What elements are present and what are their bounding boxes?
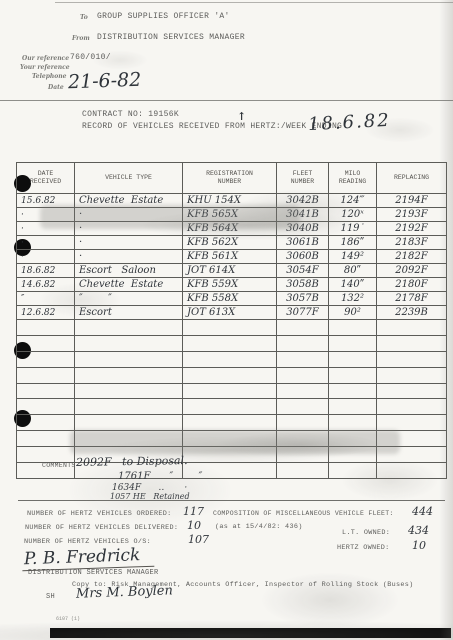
cell-registration-number: KFB 565X xyxy=(183,208,277,221)
cell-registration-number: KFB 564X xyxy=(183,222,277,235)
cell-replacing: 2193F xyxy=(377,208,446,221)
cell-replacing-empty xyxy=(377,431,446,446)
cell-vehicle-type: · xyxy=(75,222,183,235)
cell-fleet-number: 3057B xyxy=(277,292,329,305)
table-empty-row xyxy=(17,320,446,336)
table-empty-row xyxy=(17,352,446,368)
header-vehicle-type: VEHICLE TYPE xyxy=(75,163,183,193)
table-empty-row xyxy=(17,399,446,415)
cell-fleet-number: 3061B xyxy=(277,236,329,249)
cell-date-received: ″ xyxy=(17,292,75,305)
cell-replacing-empty xyxy=(377,368,446,383)
comments-line-1: 2092F to Disposal. xyxy=(76,454,188,469)
cell-fleet-number: 3058B xyxy=(277,278,329,291)
cell-registration-number-empty xyxy=(183,336,277,351)
cell-registration-number: KFB 562X xyxy=(183,236,277,249)
cell-replacing-empty xyxy=(377,463,446,478)
table-row: 12.6.82EscortJOT 613X3077F90²2239B xyxy=(17,306,446,320)
cell-registration-number: KFB 561X xyxy=(183,250,277,263)
week-ending-handwritten: 18.6.82 xyxy=(308,110,392,135)
cell-registration-number: JOT 614X xyxy=(183,264,277,277)
letterhead-divider xyxy=(0,100,453,101)
hertz-owned-value: 10 xyxy=(412,539,426,552)
header-milo-reading: MILO READING xyxy=(329,163,377,193)
cell-registration-number-empty xyxy=(183,431,277,446)
date-handwritten: 21-6-82 xyxy=(68,69,142,94)
table-row: ··KFB 562X3061B186ʺ2183F xyxy=(17,236,446,250)
table-empty-row xyxy=(17,368,446,384)
cell-replacing-empty xyxy=(377,399,446,414)
header-registration-number: REGISTRATION NUMBER xyxy=(183,163,277,193)
table-body: 15.6.82Chevette EstateKHU 154X3042B124‴2… xyxy=(17,194,446,478)
cell-fleet-number-empty xyxy=(277,368,329,383)
cell-vehicle-type-empty xyxy=(75,336,183,351)
cell-registration-number: KFB 559X xyxy=(183,278,277,291)
lt-owned-value: 434 xyxy=(408,524,429,537)
cell-replacing-empty xyxy=(377,384,446,399)
table-row: ··KFB 561X3060B149²2182F xyxy=(17,250,446,264)
table-row: 14.6.82Chevette EstateKFB 559X3058B140ʺ2… xyxy=(17,278,446,292)
cell-milo-reading: 119˙ xyxy=(329,222,377,235)
table-empty-row xyxy=(17,336,446,352)
cell-replacing: 2182F xyxy=(377,250,446,263)
cell-registration-number: KFB 558X xyxy=(183,292,277,305)
cell-vehicle-type-empty xyxy=(75,415,183,430)
cell-replacing: 2092F xyxy=(377,264,446,277)
signature: P. B. Fredrick xyxy=(22,545,155,572)
scan-bottom-bar xyxy=(50,628,451,638)
cell-fleet-number: 3060B xyxy=(277,250,329,263)
table-header-row: DATE RECEIVED VEHICLE TYPE REGISTRATION … xyxy=(17,163,446,194)
cell-vehicle-type-empty xyxy=(75,352,183,367)
cell-milo-reading: 120ˣ xyxy=(329,208,377,221)
cell-vehicle-type: Chevette Estate xyxy=(75,278,183,291)
comments-label: COMMENTS xyxy=(42,462,76,469)
to-value: GROUP SUPPLIES OFFICER 'A' xyxy=(97,12,230,21)
contract-number-line: CONTRACT NO: 19156K xyxy=(82,110,179,119)
form-number: 6107 (1) xyxy=(56,616,80,622)
cell-registration-number: KHU 154X xyxy=(183,194,277,207)
cell-replacing: 2183F xyxy=(377,236,446,249)
cell-date-received: · xyxy=(17,236,75,249)
cell-milo-reading: 80ʺ xyxy=(329,264,377,277)
cell-date-received-empty xyxy=(17,415,75,430)
cell-milo-reading: 149² xyxy=(329,250,377,263)
cell-fleet-number-empty xyxy=(277,431,329,446)
cell-milo-reading: 140ʺ xyxy=(329,278,377,291)
composition-label: COMPOSITION OF MISCELLANEOUS VEHICLE FLE… xyxy=(213,510,394,517)
your-reference-label: Your reference xyxy=(20,64,70,71)
cell-fleet-number-empty xyxy=(277,447,329,462)
cell-fleet-number-empty xyxy=(277,352,329,367)
cell-vehicle-type: Escort xyxy=(75,306,183,319)
comments-divider xyxy=(18,500,445,501)
cell-replacing: 2178F xyxy=(377,292,446,305)
manager-title: DISTRIBUTION SERVICES MANAGER xyxy=(28,569,159,577)
cell-replacing-empty xyxy=(377,352,446,367)
table-row: 15.6.82Chevette EstateKHU 154X3042B124‴2… xyxy=(17,194,446,208)
cell-milo-reading-empty xyxy=(329,320,377,335)
table-row: 18.6.82Escort SaloonJOT 614X3054F80ʺ2092… xyxy=(17,264,446,278)
cell-date-received-empty xyxy=(17,431,75,446)
cell-registration-number-empty xyxy=(183,384,277,399)
cell-fleet-number-empty xyxy=(277,463,329,478)
cell-vehicle-type: · xyxy=(75,250,183,263)
cell-vehicle-type: Chevette Estate xyxy=(75,194,183,207)
cell-vehicle-type: · xyxy=(75,208,183,221)
cell-replacing: 2194F xyxy=(377,194,446,207)
cell-fleet-number: 3041B xyxy=(277,208,329,221)
scan-top-edge xyxy=(55,2,453,3)
cell-registration-number-empty xyxy=(183,368,277,383)
cell-date-received-empty xyxy=(17,384,75,399)
cell-vehicle-type-empty xyxy=(75,431,183,446)
header-replacing: REPLACING xyxy=(377,163,446,193)
cell-date-received: · xyxy=(17,208,75,221)
cell-milo-reading-empty xyxy=(329,399,377,414)
ordered-label: NUMBER OF HERTZ VEHICLES ORDERED: xyxy=(27,510,172,518)
cell-fleet-number-empty xyxy=(277,384,329,399)
cell-vehicle-type-empty xyxy=(75,368,183,383)
cell-date-received-empty xyxy=(17,447,75,462)
outstanding-value: 107 xyxy=(188,533,209,546)
cell-registration-number-empty xyxy=(183,399,277,414)
cell-milo-reading: 186ʺ xyxy=(329,236,377,249)
cell-replacing: 2192F xyxy=(377,222,446,235)
delivered-label: NUMBER OF HERTZ VEHICLES DELIVERED: xyxy=(25,524,178,532)
cell-date-received: 18.6.82 xyxy=(17,264,75,277)
cell-milo-reading-empty xyxy=(329,431,377,446)
scanned-document-page: To GROUP SUPPLIES OFFICER 'A' From DISTR… xyxy=(0,0,453,640)
telephone-label: Telephone xyxy=(32,73,66,80)
cell-registration-number-empty xyxy=(183,320,277,335)
our-reference-label: Our reference xyxy=(22,55,69,62)
cell-vehicle-type-empty xyxy=(75,399,183,414)
record-line: RECORD OF VEHICLES RECEIVED FROM HERTZ:/… xyxy=(82,122,342,131)
header-fleet-number: FLEET NUMBER xyxy=(277,163,329,193)
table-empty-row xyxy=(17,431,446,447)
cell-fleet-number: 3042B xyxy=(277,194,329,207)
cell-milo-reading-empty xyxy=(329,352,377,367)
cell-date-received-empty xyxy=(17,399,75,414)
typist-initials: SH xyxy=(46,593,55,601)
delivered-value: 10 xyxy=(187,519,201,532)
date-label: Date xyxy=(48,84,64,91)
cell-replacing-empty xyxy=(377,447,446,462)
cell-milo-reading-empty xyxy=(329,368,377,383)
cell-milo-reading: 124‴ xyxy=(329,194,377,207)
cell-fleet-number-empty xyxy=(277,399,329,414)
table-row: ··KFB 564X3040B119˙2192F xyxy=(17,222,446,236)
cell-date-received-empty xyxy=(17,320,75,335)
cell-date-received-empty xyxy=(17,336,75,351)
composition-value: 444 xyxy=(412,505,433,518)
cell-milo-reading-empty xyxy=(329,336,377,351)
cell-milo-reading-empty xyxy=(329,415,377,430)
cell-vehicle-type-empty xyxy=(75,384,183,399)
cell-registration-number-empty xyxy=(183,447,277,462)
cell-replacing-empty xyxy=(377,320,446,335)
cell-date-received: 15.6.82 xyxy=(17,194,75,207)
lt-owned-label: L.T. OWNED: xyxy=(342,529,390,537)
hertz-owned-label: HERTZ OWNED: xyxy=(337,544,390,552)
cell-fleet-number-empty xyxy=(277,336,329,351)
cell-milo-reading: 90² xyxy=(329,306,377,319)
cell-registration-number: JOT 613X xyxy=(183,306,277,319)
cell-milo-reading-empty xyxy=(329,447,377,462)
cell-milo-reading: 132² xyxy=(329,292,377,305)
vehicles-table: DATE RECEIVED VEHICLE TYPE REGISTRATION … xyxy=(16,162,447,479)
from-label: From xyxy=(72,35,90,42)
comments-line-2: 1761F ″ ″ xyxy=(118,471,202,482)
cell-replacing-empty xyxy=(377,415,446,430)
cell-date-received-empty xyxy=(17,368,75,383)
handwritten-name: Mrs M. Boylen xyxy=(76,583,173,601)
cell-fleet-number-empty xyxy=(277,320,329,335)
cell-vehicle-type: Escort Saloon xyxy=(75,264,183,277)
cell-date-received: · xyxy=(17,222,75,235)
cell-date-received: 14.6.82 xyxy=(17,278,75,291)
caret-mark: ↑ xyxy=(237,110,246,123)
cell-milo-reading-empty xyxy=(329,384,377,399)
table-row: ″″ ″KFB 558X3057B132²2178F xyxy=(17,292,446,306)
cell-vehicle-type: · xyxy=(75,236,183,249)
cell-vehicle-type-empty xyxy=(75,320,183,335)
cell-replacing-empty xyxy=(377,336,446,351)
ordered-value: 117 xyxy=(183,505,204,518)
table-empty-row xyxy=(17,384,446,400)
cell-registration-number-empty xyxy=(183,352,277,367)
cell-date-received: · xyxy=(17,250,75,263)
as-at-note: (as at 15/4/82: 436) xyxy=(215,523,303,531)
table-empty-row xyxy=(17,415,446,431)
from-value: DISTRIBUTION SERVICES MANAGER xyxy=(97,33,245,42)
cell-fleet-number: 3040B xyxy=(277,222,329,235)
cell-replacing: 2180F xyxy=(377,278,446,291)
cell-fleet-number: 3054F xyxy=(277,264,329,277)
cell-replacing: 2239B xyxy=(377,306,446,319)
cell-fleet-number-empty xyxy=(277,415,329,430)
cell-date-received: 12.6.82 xyxy=(17,306,75,319)
cell-vehicle-type: ″ ″ xyxy=(75,292,183,305)
our-reference-value: 760/010/ xyxy=(70,53,111,62)
to-label: To xyxy=(80,14,88,21)
cell-registration-number-empty xyxy=(183,415,277,430)
cell-milo-reading-empty xyxy=(329,463,377,478)
table-row: ··KFB 565X3041B120ˣ2193F xyxy=(17,208,446,222)
cell-date-received-empty xyxy=(17,352,75,367)
cell-fleet-number: 3077F xyxy=(277,306,329,319)
header-date-received: DATE RECEIVED xyxy=(17,163,75,193)
